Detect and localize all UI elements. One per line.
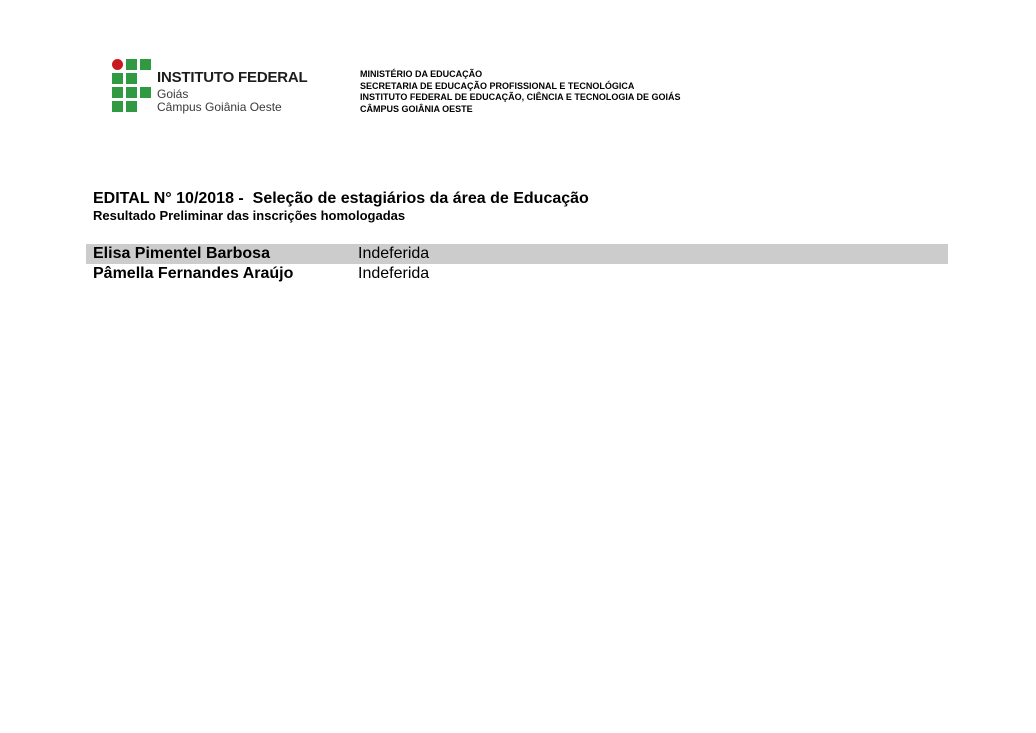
government-header: MINISTÉRIO DA EDUCAÇÃO SECRETARIA DE EDU… <box>360 69 681 115</box>
results-table: Elisa Pimentel Barbosa Indeferida Pâmell… <box>86 244 948 284</box>
document-heading: EDITAL N° 10/2018 - Seleção de estagiári… <box>93 189 589 224</box>
candidate-status: Indeferida <box>358 265 429 283</box>
table-row: Elisa Pimentel Barbosa Indeferida <box>86 244 948 264</box>
if-logo-icon <box>112 59 152 113</box>
gov-header-line: SECRETARIA DE EDUCAÇÃO PROFISSIONAL E TE… <box>360 81 681 93</box>
logo-state: Goiás <box>157 87 188 101</box>
candidate-name: Elisa Pimentel Barbosa <box>93 245 270 263</box>
logo-campus: Câmpus Goiânia Oeste <box>157 100 282 114</box>
candidate-name: Pâmella Fernandes Araújo <box>93 265 293 283</box>
institution-logo: INSTITUTO FEDERAL Goiás Câmpus Goiânia O… <box>112 59 312 115</box>
gov-header-line: INSTITUTO FEDERAL DE EDUCAÇÃO, CIÊNCIA E… <box>360 92 681 104</box>
document-title: EDITAL N° 10/2018 - Seleção de estagiári… <box>93 189 589 208</box>
logo-title: INSTITUTO FEDERAL <box>157 69 308 86</box>
gov-header-line: CÂMPUS GOIÂNIA OESTE <box>360 104 681 116</box>
document-subtitle: Resultado Preliminar das inscrições homo… <box>93 208 589 224</box>
gov-header-line: MINISTÉRIO DA EDUCAÇÃO <box>360 69 681 81</box>
table-row: Pâmella Fernandes Araújo Indeferida <box>86 264 948 284</box>
candidate-status: Indeferida <box>358 245 429 263</box>
logo-red-circle <box>112 59 123 70</box>
